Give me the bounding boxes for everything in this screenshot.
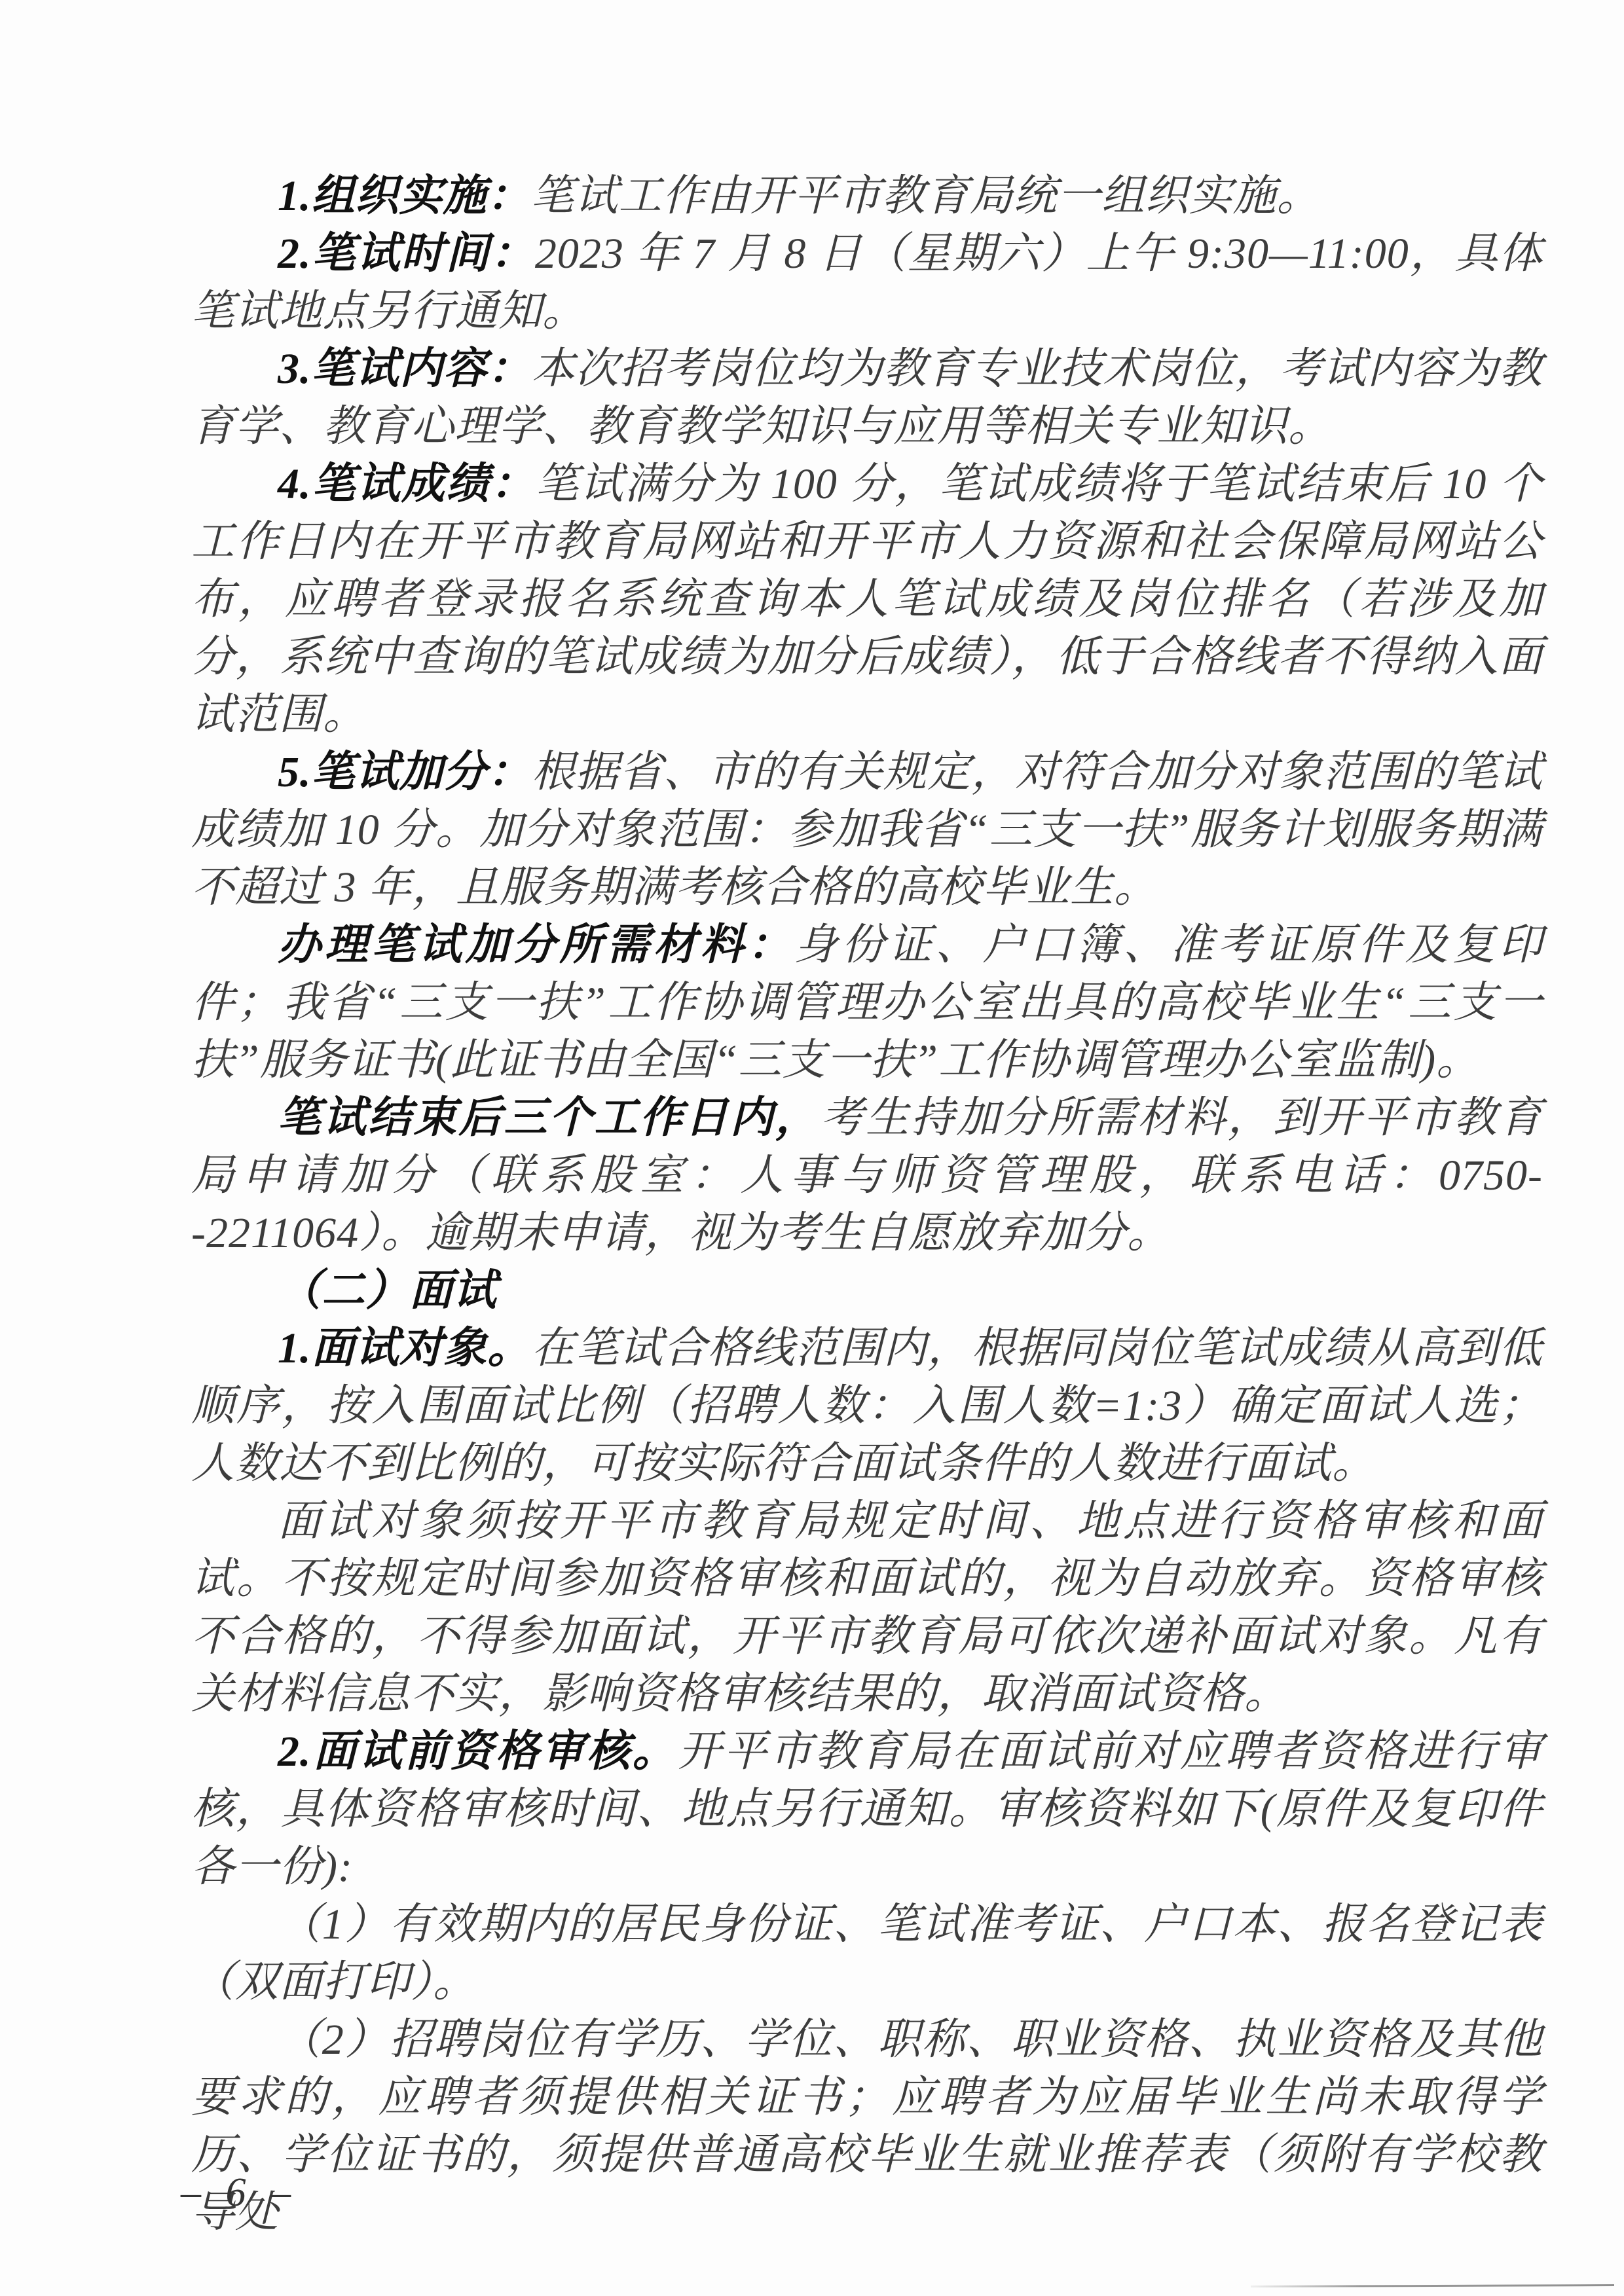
para-lead: （二）面试	[278, 1267, 497, 1315]
para-lead: 4.笔试成绩：	[278, 460, 535, 508]
para-review-item-1: （1）有效期内的居民身份证、笔试准考证、户口本、报名登记表（双面打印）。	[191, 1896, 1543, 2011]
para-exam-time: 2.笔试时间：2023 年 7 月 8 日（星期六）上午 9:30—11:00，…	[191, 225, 1543, 340]
document-body-text: 1.组织实施：笔试工作由开平市教育局统一组织实施。 2.笔试时间：2023 年 …	[191, 168, 1543, 2242]
para-qualification-review: 2.面试前资格审核。开平市教育局在面试前对应聘者资格进行审核，具体资格审核时间、…	[191, 1723, 1543, 1896]
para-lead: 2.笔试时间：	[278, 230, 535, 278]
para-bonus-materials: 办理笔试加分所需材料：身份证、户口簿、准考证原件及复印件；我省“三支一扶”工作协…	[191, 917, 1543, 1089]
para-exam-score: 4.笔试成绩：笔试满分为 100 分，笔试成绩将于笔试结束后 10 个工作日内在…	[191, 456, 1543, 744]
document-page: 1.组织实施：笔试工作由开平市教育局统一组织实施。 2.笔试时间：2023 年 …	[0, 0, 1624, 2296]
section-heading-interview: （二）面试	[191, 1262, 1543, 1320]
para-body: 笔试工作由开平市教育局统一组织实施。	[531, 172, 1321, 220]
para-exam-content: 3.笔试内容：本次招考岗位均为教育专业技术岗位，考试内容为教育学、教育心理学、教…	[191, 340, 1543, 456]
para-body: （1）有效期内的居民身份证、笔试准考证、户口本、报名登记表（双面打印）。	[191, 1901, 1543, 2006]
para-lead: 3.笔试内容：	[278, 345, 531, 393]
para-exam-bonus: 5.笔试加分：根据省、市的有关规定，对符合加分对象范围的笔试成绩加 10 分。加…	[191, 744, 1543, 917]
para-review-item-2: （2）招聘岗位有学历、学位、职称、职业资格、执业资格及其他要求的，应聘者须提供相…	[191, 2011, 1543, 2242]
para-lead: 1.面试对象。	[278, 1324, 531, 1372]
para-bonus-application: 笔试结束后三个工作日内，考生持加分所需材料，到开平市教育局申请加分（联系股室：人…	[191, 1089, 1543, 1262]
para-lead: 1.组织实施：	[278, 172, 531, 220]
para-lead: 笔试结束后三个工作日内，	[278, 1094, 821, 1142]
para-lead: 5.笔试加分：	[278, 748, 531, 796]
para-exam-organization: 1.组织实施：笔试工作由开平市教育局统一组织实施。	[191, 168, 1543, 225]
para-body: 面试对象须按开平市教育局规定时间、地点进行资格审核和面试。不按规定时间参加资格审…	[191, 1497, 1543, 1718]
scan-artifact-line	[1251, 2284, 1614, 2287]
para-interview-candidates: 1.面试对象。在笔试合格线范围内，根据同岗位笔试成绩从高到低顺序，按入围面试比例…	[191, 1320, 1543, 1493]
page-number: – 6 –	[181, 2172, 293, 2213]
para-lead: 办理笔试加分所需材料：	[278, 921, 794, 969]
para-lead: 2.面试前资格审核。	[278, 1728, 678, 1776]
para-interview-attendance: 面试对象须按开平市教育局规定时间、地点进行资格审核和面试。不按规定时间参加资格审…	[191, 1493, 1543, 1723]
para-body: （2）招聘岗位有学历、学位、职称、职业资格、执业资格及其他要求的，应聘者须提供相…	[191, 2016, 1543, 2236]
